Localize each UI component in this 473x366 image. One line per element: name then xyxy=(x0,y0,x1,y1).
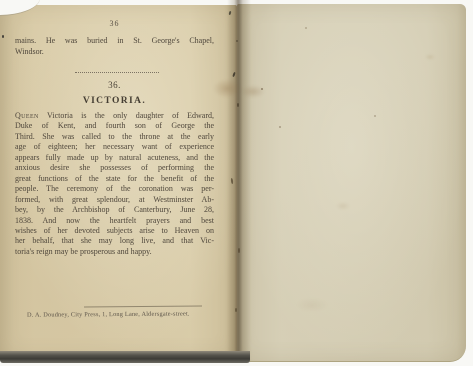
ink-speck xyxy=(2,35,4,38)
paragraph-line: great functions of the state for the ben… xyxy=(15,174,214,184)
foxing-spot xyxy=(296,298,328,312)
foxing-spot xyxy=(336,202,350,210)
ink-speck xyxy=(261,88,263,90)
foxing-spot xyxy=(425,54,435,60)
paragraph-line: appears fully made up by natural acutene… xyxy=(15,153,214,163)
paragraph-line: formed, with great splendour, at Westmin… xyxy=(15,195,214,205)
paragraph-line-text: Victoria is the only daughter of Edward, xyxy=(47,111,214,120)
book-scan: 36 mains. He was buried in St. George's … xyxy=(0,0,473,366)
carryover-line: mains. He was buried in St. George's Cha… xyxy=(15,36,214,46)
stitch-mark xyxy=(238,248,240,253)
paper-stain xyxy=(213,79,241,98)
stitch-mark xyxy=(235,308,237,312)
left-page: 36 mains. He was buried in St. George's … xyxy=(0,5,237,357)
book-bottom-edge xyxy=(0,351,250,363)
paragraph-line: wishes of her devoted subjects arise to … xyxy=(15,226,214,236)
section-divider xyxy=(75,72,159,73)
ink-speck xyxy=(305,27,307,29)
paragraph-line: age of eighteen; her necessary want of e… xyxy=(15,142,214,152)
carryover-line: Windsor. xyxy=(15,47,214,57)
victoria-paragraph: Queen Victoria is the only daughter of E… xyxy=(0,111,237,257)
paragraph-lead-word: Queen xyxy=(15,111,39,120)
paragraph-line: toria's reign may be prosperous and happ… xyxy=(15,247,214,257)
paragraph-line: 1838. And now the heartfelt prayers and … xyxy=(15,216,214,226)
stitch-mark xyxy=(237,103,239,107)
page-number: 36 xyxy=(15,19,214,28)
paper-stain xyxy=(241,85,265,98)
imprint-rule xyxy=(84,305,202,307)
paragraph-line: Queen Victoria is the only daughter of E… xyxy=(15,111,214,121)
ink-speck xyxy=(374,115,376,117)
ink-speck xyxy=(279,126,281,128)
paragraph-line: anxious desire she possesses of performi… xyxy=(15,163,214,173)
paragraph-line: Third. She was called to the throne at t… xyxy=(15,132,214,142)
paragraph-line: people. The ceremony of the coronation w… xyxy=(15,184,214,194)
paragraph-line: bey, by the Archbishop of Canterbury, Ju… xyxy=(15,205,214,215)
printer-imprint: D. A. Doudney, City Press, 1, Long Lane,… xyxy=(27,310,212,318)
section-title: VICTORIA. xyxy=(15,96,214,106)
ink-speck xyxy=(236,40,238,42)
paragraph-line: her behalf, that she may long live, and … xyxy=(15,236,214,246)
section-number: 36. xyxy=(15,80,214,90)
paragraph-line: Duke of Kent, and fourth son of George t… xyxy=(15,121,214,131)
